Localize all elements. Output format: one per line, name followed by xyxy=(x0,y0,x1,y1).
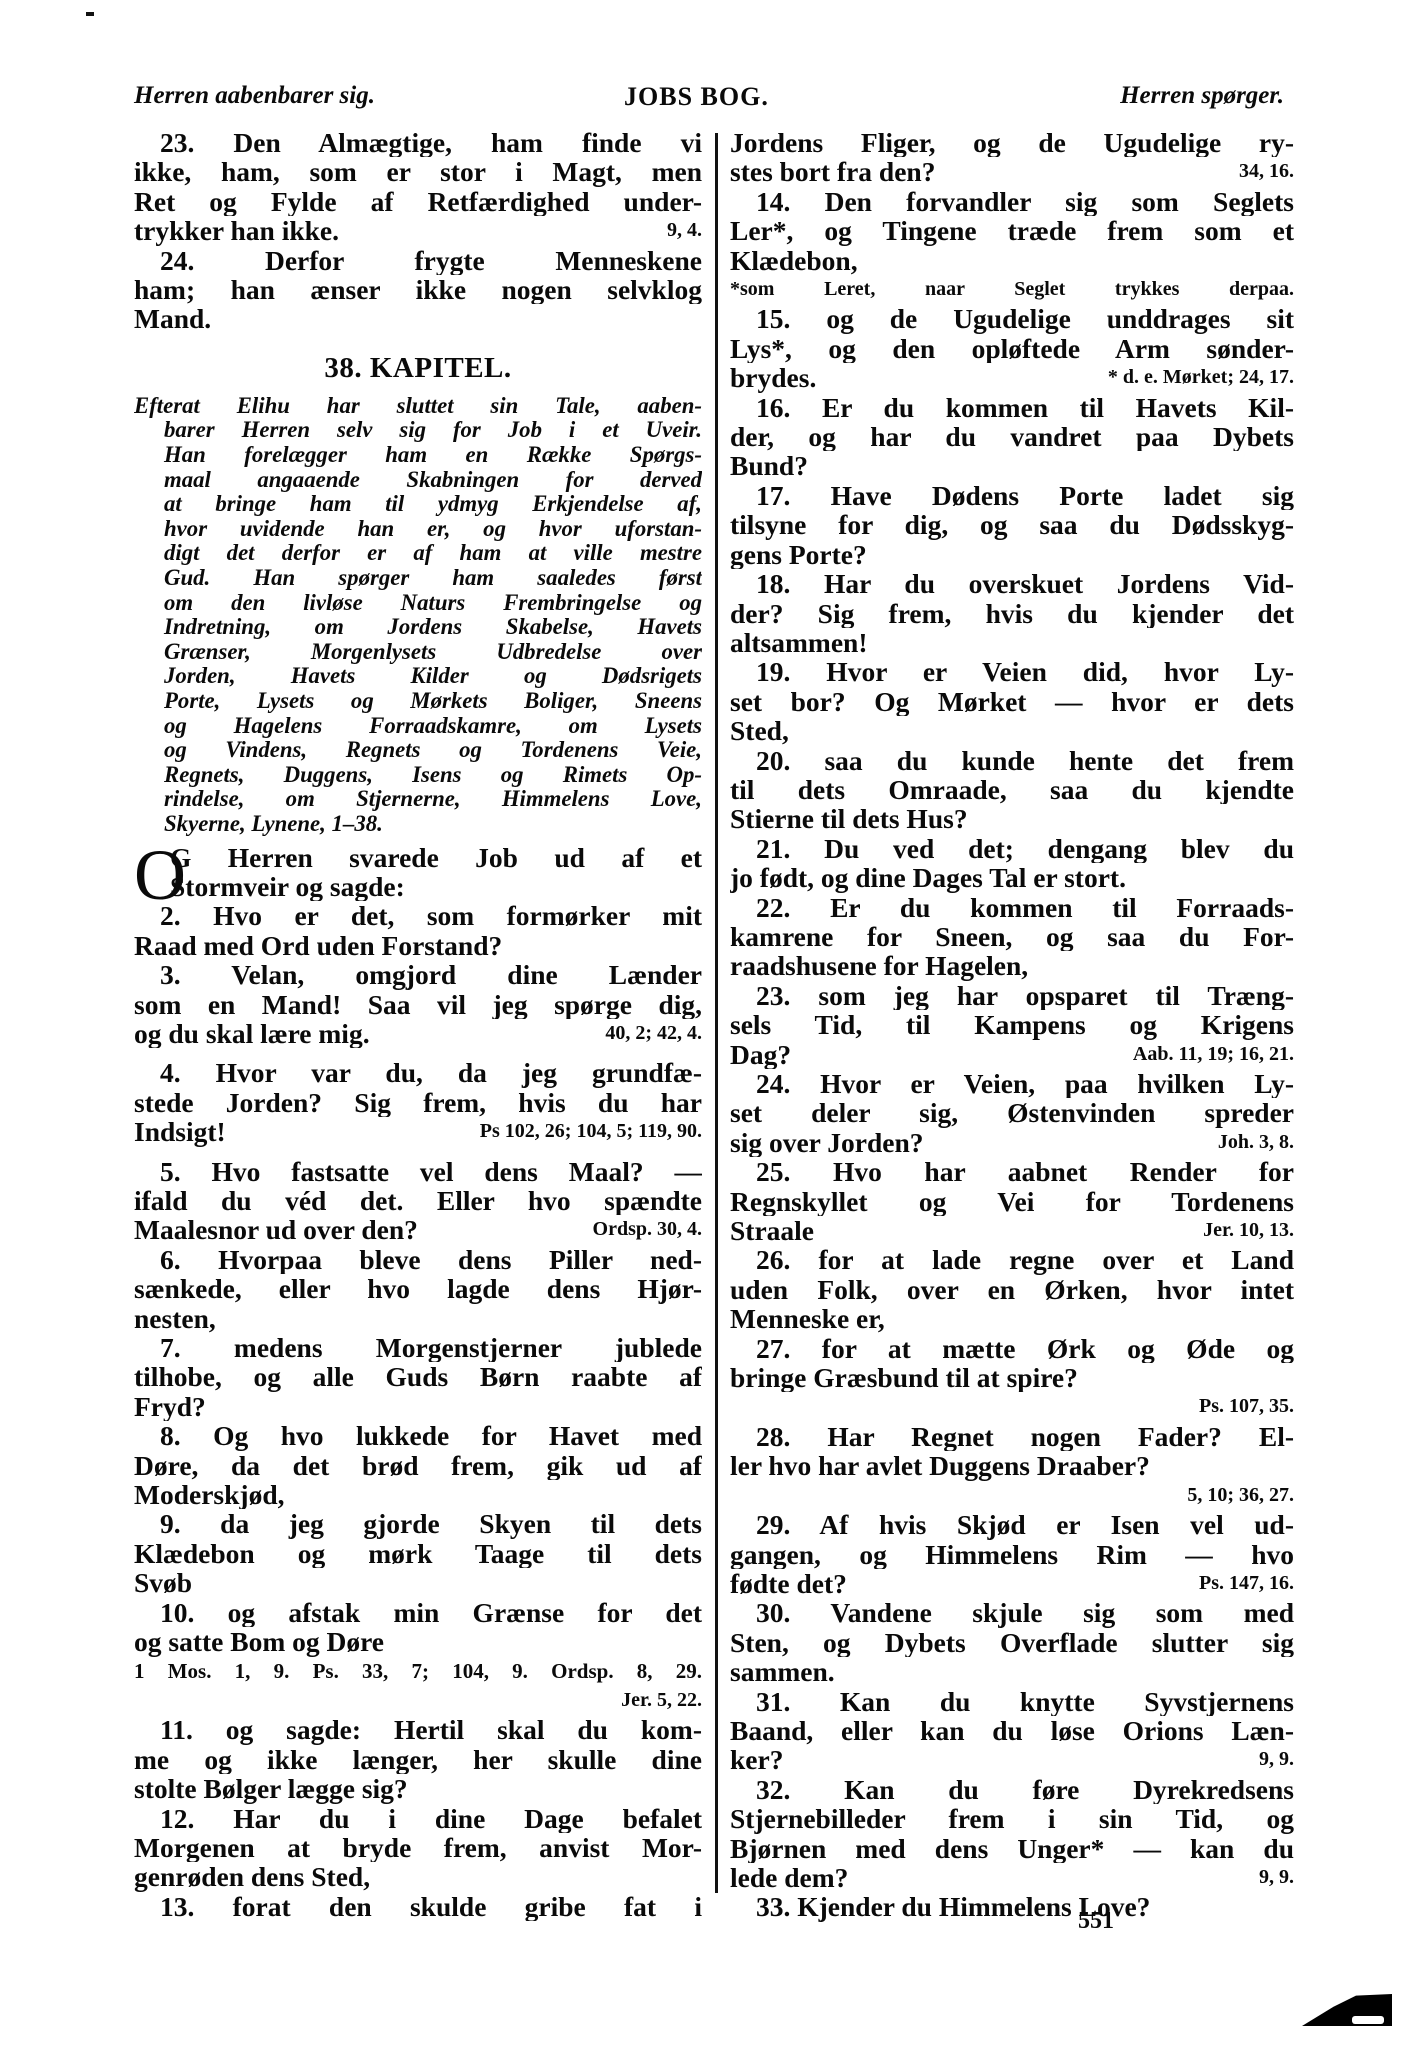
cross-reference: Ordsp. 30, 4. xyxy=(593,1215,702,1244)
book-title: JOBS BOG. xyxy=(624,82,769,112)
header-right-title: Herren spørger. xyxy=(1120,82,1284,110)
verse-line: genrøden dens Sted, xyxy=(134,1862,702,1891)
verse-line: 12. Har du i dine Dage befalet xyxy=(134,1804,702,1833)
verse-line: 6. Hvorpaa bleve dens Piller ned- xyxy=(134,1245,702,1274)
verse-line: Ler*, og Tingene træde frem som et xyxy=(730,216,1294,245)
verse-line: Sted, xyxy=(730,716,1294,745)
verse-line: 15. og de Ugudelige unddrages sit xyxy=(730,304,1294,333)
verse-line: 5. Hvo fastsatte vel dens Maal? — xyxy=(134,1157,702,1186)
cross-reference: 1 Mos. 1, 9. Ps. 33, 7; 104, 9. Ordsp. 8… xyxy=(134,1657,702,1686)
verse-23: 23. som jeg har opsparet til Træng- sels… xyxy=(730,981,1294,1069)
verse-line: 20. saa du kunde hente det frem xyxy=(730,746,1294,775)
verse-line: G Herren svarede Job ud af et xyxy=(134,843,702,872)
verse-13: 13. forat den skulde gribe fat i xyxy=(134,1892,702,1921)
verse-line: altsammen! xyxy=(730,628,1294,657)
verse-32: 32. Kan du føre Dyrekredsens Stjernebill… xyxy=(730,1775,1294,1893)
verse-line: Bund? xyxy=(730,451,1294,480)
cross-reference: 34, 16. xyxy=(1239,157,1294,186)
left-column: 23. Den Almægtige, ham finde vi ikke, ha… xyxy=(134,128,702,1921)
verse-line: 30. Vandene skjule sig som med xyxy=(730,1598,1294,1627)
cross-reference: 5, 10; 36, 27. xyxy=(730,1481,1294,1510)
summary-line: Skyerne, Lynene, 1–38. xyxy=(134,812,702,837)
verse-line: Moderskjød, xyxy=(134,1480,702,1509)
verse-line: sænkede, eller hvo lagde dens Hjør- xyxy=(134,1274,702,1303)
verse-line: 2. Hvo er det, som formørker mit xyxy=(134,901,702,930)
verse-line: sig over Jorden?Joh. 3, 8. xyxy=(730,1128,1294,1157)
verse-line: Stierne til dets Hus? xyxy=(730,804,1294,833)
verse-line: sammen. xyxy=(730,1657,1294,1686)
cross-reference: Jer. 5, 22. xyxy=(134,1686,702,1715)
column-divider xyxy=(715,133,718,1893)
verse-1: O G Herren svarede Job ud af et Stormvei… xyxy=(134,843,702,902)
summary-line: Jorden, Havets Kilder og Dødsrigets xyxy=(134,664,702,689)
verse-line: Regnskyllet og Vei for Tordenens xyxy=(730,1187,1294,1216)
verse-18: 18. Har du overskuet Jordens Vid- der? S… xyxy=(730,569,1294,657)
verse-line: Maalesnor ud over den?Ordsp. 30, 4. xyxy=(134,1215,702,1244)
verse-line: brydes.* d. e. Mørket; 24, 17. xyxy=(730,363,1294,392)
verse-line: stolte Bølger lægge sig? xyxy=(134,1774,702,1803)
verse-line: 23. Den Almægtige, ham finde vi xyxy=(134,128,702,157)
summary-line: barer Herren selv sig for Job i et Uveir… xyxy=(134,418,702,443)
verse-3: 3. Velan, omgjord dine Lænder som en Man… xyxy=(134,960,702,1048)
cross-reference: Aab. 11, 19; 16, 21. xyxy=(1133,1040,1294,1069)
verse-line: Døre, da det brød frem, gik ud af xyxy=(134,1451,702,1480)
verse-line: 16. Er du kommen til Havets Kil- xyxy=(730,393,1294,422)
verse-line: sels Tid, til Kampens og Krigens xyxy=(730,1010,1294,1039)
verse-line: 29. Af hvis Skjød er Isen vel ud- xyxy=(730,1510,1294,1539)
footnote: *som Leret, naar Seglet trykkes derpaa. xyxy=(730,275,1294,304)
verse-line: 21. Du ved det; dengang blev du xyxy=(730,834,1294,863)
verse-line: raadshusene for Hagelen, xyxy=(730,951,1294,980)
verse-line: Jordens Fliger, og de Ugudelige ry- xyxy=(730,128,1294,157)
verse-line: stede Jorden? Sig frem, hvis du har xyxy=(134,1088,702,1117)
verse-line: tilhobe, og alle Guds Børn raabte af xyxy=(134,1362,702,1391)
verse-line: 10. og afstak min Grænse for det xyxy=(134,1598,702,1627)
verse-line: ifald du véd det. Eller hvo spændte xyxy=(134,1186,702,1215)
running-header: Herren aabenbarer sig. JOBS BOG. Herren … xyxy=(134,82,1284,122)
verse-7: 7. medens Morgenstjerner jublede tilhobe… xyxy=(134,1333,702,1421)
verse-line: Lys*, og den opløftede Arm sønder- xyxy=(730,334,1294,363)
verse-line: 4. Hvor var du, da jeg grundfæ- xyxy=(134,1058,702,1087)
verse-line: der, og har du vandret paa Dybets xyxy=(730,422,1294,451)
verse-line: Indsigt!Ps 102, 26; 104, 5; 119, 90. xyxy=(134,1117,702,1146)
verse-16: 16. Er du kommen til Havets Kil- der, og… xyxy=(730,393,1294,481)
verse-line: Klædebon, xyxy=(730,246,1294,275)
verse-14: 14. Den forvandler sig som Seglets Ler*,… xyxy=(730,187,1294,305)
verse-line: 32. Kan du føre Dyrekredsens xyxy=(730,1775,1294,1804)
summary-line: Indretning, om Jordens Skabelse, Havets xyxy=(134,615,702,640)
verse-line: 14. Den forvandler sig som Seglets xyxy=(730,187,1294,216)
verse-line: stes bort fra den?34, 16. xyxy=(730,157,1294,186)
summary-line: og Vindens, Regnets og Tordenens Veie, xyxy=(134,738,702,763)
verse-line: uden Folk, over en Ørken, hvor intet xyxy=(730,1275,1294,1304)
verse-line: 7. medens Morgenstjerner jublede xyxy=(134,1333,702,1362)
drop-cap: O xyxy=(134,845,186,905)
verse-line: ikke, ham, som er stor i Magt, men xyxy=(134,157,702,186)
verse-line: 33. Kjender du Himmelens Love? xyxy=(730,1892,1294,1921)
verse-31: 31. Kan du knytte Syvstjernens Baand, el… xyxy=(730,1687,1294,1775)
verse-line: ham; han ænser ikke nogen selvklog xyxy=(134,275,702,304)
verse-33: 33. Kjender du Himmelens Love? xyxy=(730,1892,1294,1921)
verse-5: 5. Hvo fastsatte vel dens Maal? — ifald … xyxy=(134,1157,702,1245)
verse-line: Ret og Fylde af Retfærdighed under- xyxy=(134,187,702,216)
verse-11: 11. og sagde: Hertil skal du kom- me og … xyxy=(134,1715,702,1803)
verse-line: nesten, xyxy=(134,1304,702,1333)
verse-25: 25. Hvo har aabnet Render for Regnskylle… xyxy=(730,1157,1294,1245)
verse-line: 17. Have Dødens Porte ladet sig xyxy=(730,481,1294,510)
verse-26: 26. for at lade regne over et Land uden … xyxy=(730,1245,1294,1333)
verse-line: trykker han ikke.9, 4. xyxy=(134,216,702,245)
verse-13-continued: Jordens Fliger, og de Ugudelige ry- stes… xyxy=(730,128,1294,187)
verse-4: 4. Hvor var du, da jeg grundfæ- stede Jo… xyxy=(134,1058,702,1146)
verse-line: Mand. xyxy=(134,304,702,333)
summary-line: og Hagelens Forraadskamre, om Lysets xyxy=(134,714,702,739)
cross-reference: 9, 9. xyxy=(1259,1863,1294,1892)
verse-line: 18. Har du overskuet Jordens Vid- xyxy=(730,569,1294,598)
verse-21: 21. Du ved det; dengang blev du jo født,… xyxy=(730,834,1294,893)
right-column: Jordens Fliger, og de Ugudelige ry- stes… xyxy=(730,128,1294,1922)
chapter-heading: 38. KAPITEL. xyxy=(134,348,702,388)
verse-24: 24. Derfor frygte Menneskene ham; han æn… xyxy=(134,246,702,334)
verse-line: 26. for at lade regne over et Land xyxy=(730,1245,1294,1274)
summary-line: Efterat Elihu har sluttet sin Tale, aabe… xyxy=(134,394,702,419)
cross-reference: Ps. 107, 35. xyxy=(730,1392,1294,1421)
verse-line: gangen, og Himmelens Rim — hvo xyxy=(730,1540,1294,1569)
cross-reference: Ps. 147, 16. xyxy=(1199,1569,1294,1598)
cross-reference: 9, 4. xyxy=(667,216,702,245)
verse-line: 19. Hvor er Veien did, hvor Ly- xyxy=(730,657,1294,686)
scan-artifact-hole xyxy=(1352,2016,1384,2024)
verse-line: fødte det?Ps. 147, 16. xyxy=(730,1569,1294,1598)
verse-23: 23. Den Almægtige, ham finde vi ikke, ha… xyxy=(134,128,702,246)
summary-line: maal angaaende Skabningen for derved xyxy=(134,468,702,493)
summary-line: hvor uvidende han er, og hvor uforstan- xyxy=(134,517,702,542)
verse-line: Dag?Aab. 11, 19; 16, 21. xyxy=(730,1040,1294,1069)
cross-reference: Jer. 10, 13. xyxy=(1203,1216,1294,1245)
verse-30: 30. Vandene skjule sig som med Sten, og … xyxy=(730,1598,1294,1686)
verse-line: gens Porte? xyxy=(730,540,1294,569)
verse-line: Fryd? xyxy=(134,1392,702,1421)
verse-line: 22. Er du kommen til Forraads- xyxy=(730,893,1294,922)
verse-15: 15. og de Ugudelige unddrages sit Lys*, … xyxy=(730,304,1294,392)
verse-line: og du skal lære mig.40, 2; 42, 4. xyxy=(134,1019,702,1048)
verse-line: me og ikke længer, her skulle dine xyxy=(134,1745,702,1774)
verse-line: og satte Bom og Døre xyxy=(134,1627,702,1656)
summary-line: om den livløse Naturs Frembringelse og xyxy=(134,591,702,616)
verse-line: 27. for at mætte Ørk og Øde og xyxy=(730,1334,1294,1363)
verse-line: 28. Har Regnet nogen Fader? El- xyxy=(730,1422,1294,1451)
verse-line: lede dem?9, 9. xyxy=(730,1863,1294,1892)
verse-line: jo født, og dine Dages Tal er stort. xyxy=(730,863,1294,892)
verse-line: som en Mand! Saa vil jeg spørge dig, xyxy=(134,990,702,1019)
verse-line: 3. Velan, omgjord dine Lænder xyxy=(134,960,702,989)
summary-line: digt det derfor er af ham at ville mestr… xyxy=(134,541,702,566)
verse-line: bringe Græsbund til at spire? xyxy=(730,1363,1294,1392)
header-left-title: Herren aabenbarer sig. xyxy=(134,82,375,110)
verse-line: Stormveir og sagde: xyxy=(134,872,702,901)
verse-line: 13. forat den skulde gribe fat i xyxy=(134,1892,702,1921)
summary-line: Grænser, Morgenlysets Udbredelse over xyxy=(134,640,702,665)
verse-27: 27. for at mætte Ørk og Øde og bringe Gr… xyxy=(730,1334,1294,1422)
scan-speck xyxy=(86,12,94,16)
verse-line: Baand, eller kan du løse Orions Læn- xyxy=(730,1716,1294,1745)
summary-line: Regnets, Duggens, Isens og Rimets Op- xyxy=(134,763,702,788)
verse-line: 11. og sagde: Hertil skal du kom- xyxy=(134,1715,702,1744)
verse-line: Svøb xyxy=(134,1568,702,1597)
cross-reference: Ps 102, 26; 104, 5; 119, 90. xyxy=(480,1117,702,1146)
verse-line: kamrene for Sneen, og saa du For- xyxy=(730,922,1294,951)
verse-10: 10. og afstak min Grænse for det og satt… xyxy=(134,1598,702,1716)
summary-line: Gud. Han spørger ham saaledes først xyxy=(134,566,702,591)
verse-line: 24. Derfor frygte Menneskene xyxy=(134,246,702,275)
verse-20: 20. saa du kunde hente det frem til dets… xyxy=(730,746,1294,834)
cross-reference: Joh. 3, 8. xyxy=(1218,1128,1294,1157)
verse-line: Raad med Ord uden Forstand? xyxy=(134,931,702,960)
summary-line: rindelse, om Stjernerne, Himmelens Love, xyxy=(134,787,702,812)
verse-line: ler hvo har avlet Duggens Draaber? xyxy=(730,1451,1294,1480)
verse-line: Bjørnen med dens Unger* — kan du xyxy=(730,1834,1294,1863)
verse-2: 2. Hvo er det, som formørker mit Raad me… xyxy=(134,901,702,960)
verse-line: 24. Hvor er Veien, paa hvilken Ly- xyxy=(730,1069,1294,1098)
verse-12: 12. Har du i dine Dage befalet Morgenen … xyxy=(134,1804,702,1892)
cross-reference: 40, 2; 42, 4. xyxy=(605,1019,702,1048)
verse-6: 6. Hvorpaa bleve dens Piller ned- sænked… xyxy=(134,1245,702,1333)
verse-line: Sten, og Dybets Overflade slutter sig xyxy=(730,1628,1294,1657)
verse-line: Menneske er, xyxy=(730,1304,1294,1333)
verse-8: 8. Og hvo lukkede for Havet med Døre, da… xyxy=(134,1421,702,1509)
summary-line: at bringe ham til ydmyg Erkjendelse af, xyxy=(134,492,702,517)
verse-line: 31. Kan du knytte Syvstjernens xyxy=(730,1687,1294,1716)
verse-line: 8. Og hvo lukkede for Havet med xyxy=(134,1421,702,1450)
verse-line: der? Sig frem, hvis du kjender det xyxy=(730,599,1294,628)
page-number: 551 xyxy=(1078,1908,1114,1935)
verse-line: set deler sig, Østenvinden spreder xyxy=(730,1098,1294,1127)
verse-9: 9. da jeg gjorde Skyen til dets Klædebon… xyxy=(134,1509,702,1597)
footnote: * d. e. Mørket; 24, 17. xyxy=(1108,363,1294,392)
verse-line: 9. da jeg gjorde Skyen til dets xyxy=(134,1509,702,1538)
verse-line: 25. Hvo har aabnet Render for xyxy=(730,1157,1294,1186)
verse-line: 23. som jeg har opsparet til Træng- xyxy=(730,981,1294,1010)
verse-line: tilsyne for dig, og saa du Dødsskyg- xyxy=(730,510,1294,539)
verse-19: 19. Hvor er Veien did, hvor Ly- set bor?… xyxy=(730,657,1294,745)
verse-line: Klædebon og mørk Taage til dets xyxy=(134,1539,702,1568)
summary-line: Han forelægger ham en Række Spørgs- xyxy=(134,443,702,468)
summary-line: Porte, Lysets og Mørkets Boliger, Sneens xyxy=(134,689,702,714)
verse-line: Stjernebilleder frem i sin Tid, og xyxy=(730,1804,1294,1833)
cross-reference: 9, 9. xyxy=(1259,1745,1294,1774)
verse-line: ker?9, 9. xyxy=(730,1745,1294,1774)
verse-line: set bor? Og Mørket — hvor er dets xyxy=(730,687,1294,716)
verse-24: 24. Hvor er Veien, paa hvilken Ly- set d… xyxy=(730,1069,1294,1157)
verse-22: 22. Er du kommen til Forraads- kamrene f… xyxy=(730,893,1294,981)
verse-line: StraaleJer. 10, 13. xyxy=(730,1216,1294,1245)
verse-17: 17. Have Dødens Porte ladet sig tilsyne … xyxy=(730,481,1294,569)
chapter-summary: Efterat Elihu har sluttet sin Tale, aabe… xyxy=(134,394,702,837)
verse-line: til dets Omraade, saa du kjendte xyxy=(730,775,1294,804)
verse-line: Morgenen at bryde frem, anvist Mor- xyxy=(134,1833,702,1862)
verse-28: 28. Har Regnet nogen Fader? El- ler hvo … xyxy=(730,1422,1294,1510)
verse-29: 29. Af hvis Skjød er Isen vel ud- gangen… xyxy=(730,1510,1294,1598)
